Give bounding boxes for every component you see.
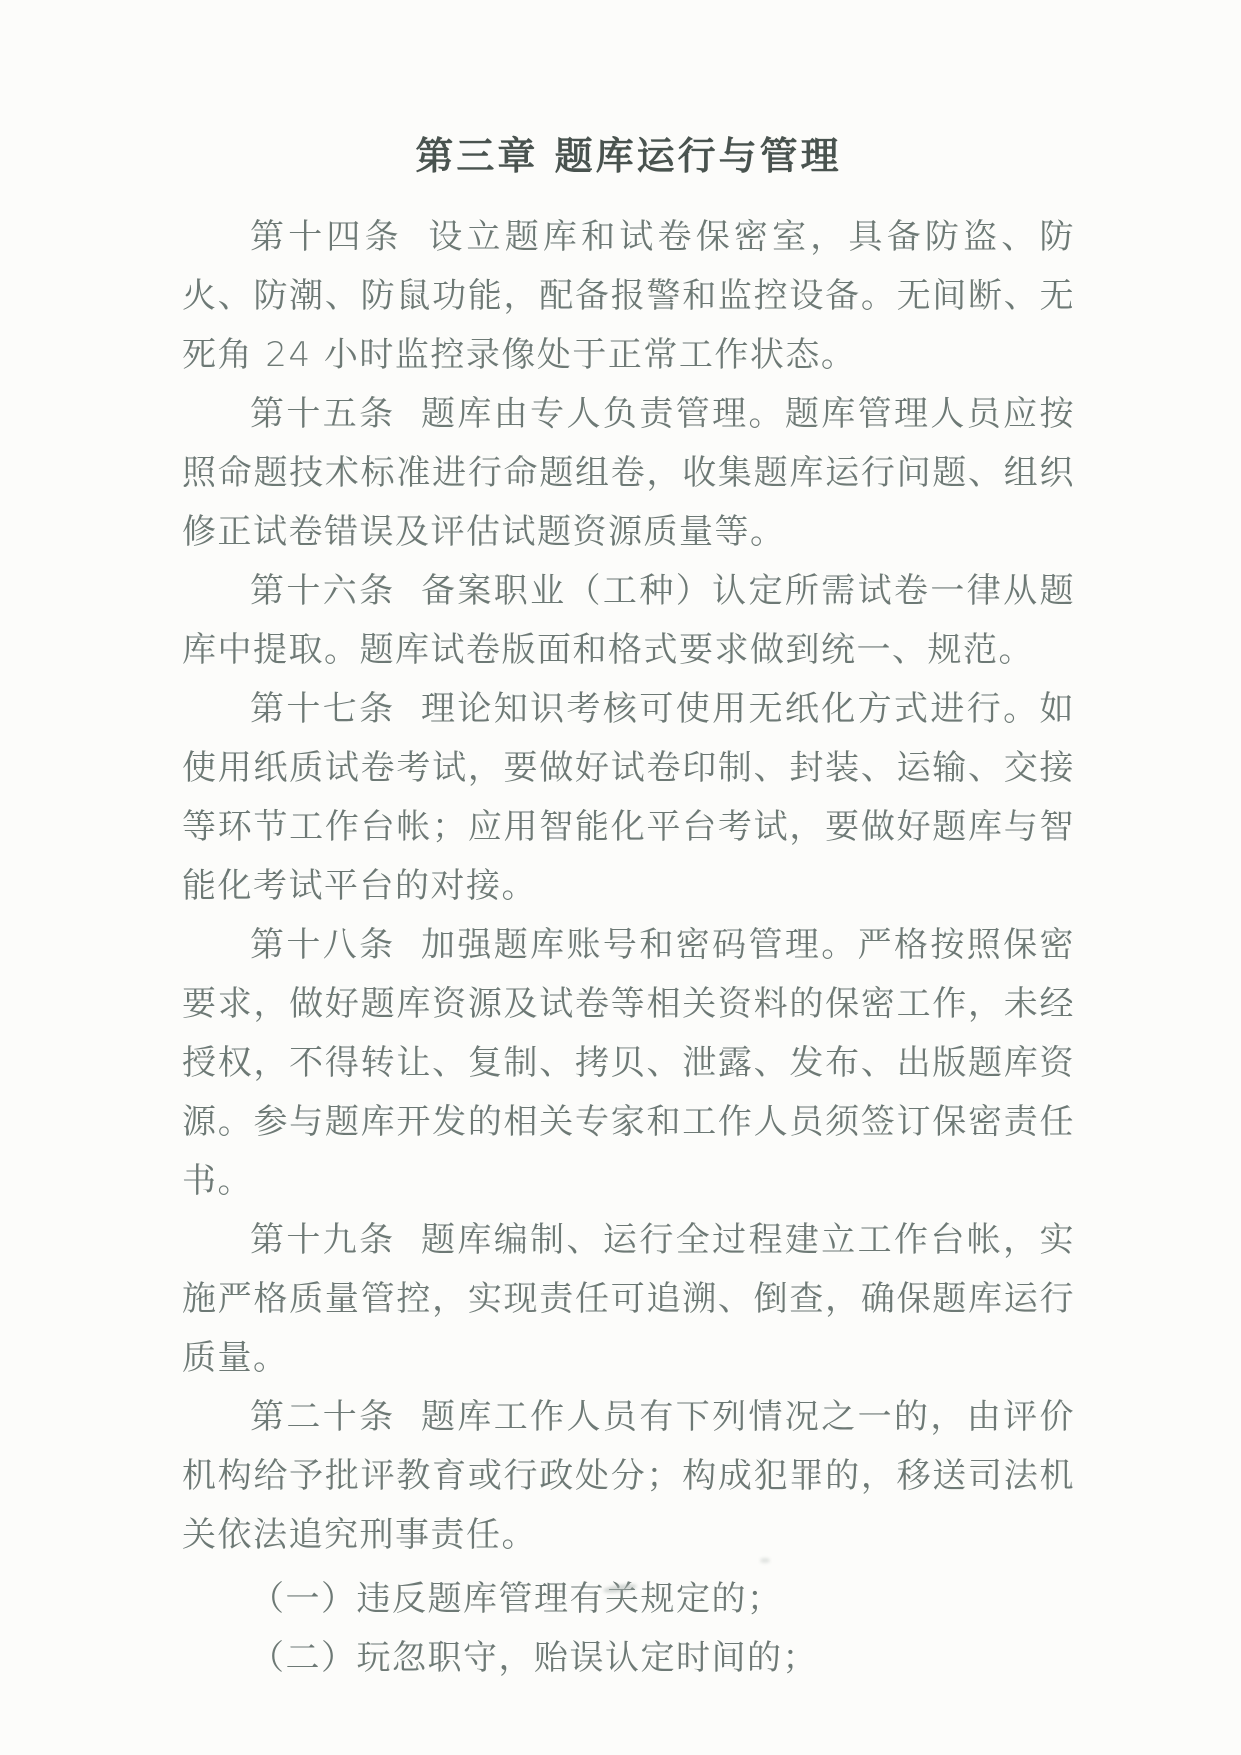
article-19: 第十九条题库编制、运行全过程建立工作台帐，实施严格质量管控，实现责任可追溯、倒查… <box>182 1211 1075 1388</box>
article-15: 第十五条题库由专人负责管理。题库管理人员应按照命题技术标准进行命题组卷，收集题库… <box>182 385 1075 562</box>
list-item-2: （二）玩忽职守，贻误认定时间的； <box>182 1629 1075 1688</box>
article-17: 第十七条理论知识考核可使用无纸化方式进行。如使用纸质试卷考试，要做好试卷印制、封… <box>182 680 1075 916</box>
article-18-number: 第十八条 <box>250 925 396 965</box>
article-16: 第十六条备案职业（工种）认定所需试卷一律从题库中提取。题库试卷版面和格式要求做到… <box>182 562 1075 680</box>
scan-speck-mark <box>760 1558 770 1563</box>
chapter-title: 第三章 题库运行与管理 <box>182 126 1075 186</box>
article-20-number: 第二十条 <box>250 1397 396 1437</box>
article-14-number: 第十四条 <box>250 217 403 257</box>
article-19-number: 第十九条 <box>250 1220 396 1260</box>
article-17-number: 第十七条 <box>250 689 396 729</box>
page-content: 第三章 题库运行与管理 第十四条设立题库和试卷保密室，具备防盗、防火、防潮、防鼠… <box>182 126 1075 1688</box>
article-16-number: 第十六条 <box>250 571 396 611</box>
article-18: 第十八条加强题库账号和密码管理。严格按照保密要求，做好题库资源及试卷等相关资料的… <box>182 916 1075 1211</box>
list-item-1: （一）违反题库管理有关规定的； <box>182 1570 1075 1629</box>
scanned-document-page: 第三章 题库运行与管理 第十四条设立题库和试卷保密室，具备防盗、防火、防潮、防鼠… <box>0 0 1241 1755</box>
article-20: 第二十条题库工作人员有下列情况之一的，由评价机构给予批评教育或行政处分；构成犯罪… <box>182 1388 1075 1565</box>
article-18-text: 加强题库账号和密码管理。严格按照保密要求，做好题库资源及试卷等相关资料的保密工作… <box>182 925 1075 1201</box>
article-14: 第十四条设立题库和试卷保密室，具备防盗、防火、防潮、防鼠功能，配备报警和监控设备… <box>182 208 1075 385</box>
article-15-number: 第十五条 <box>250 394 396 434</box>
